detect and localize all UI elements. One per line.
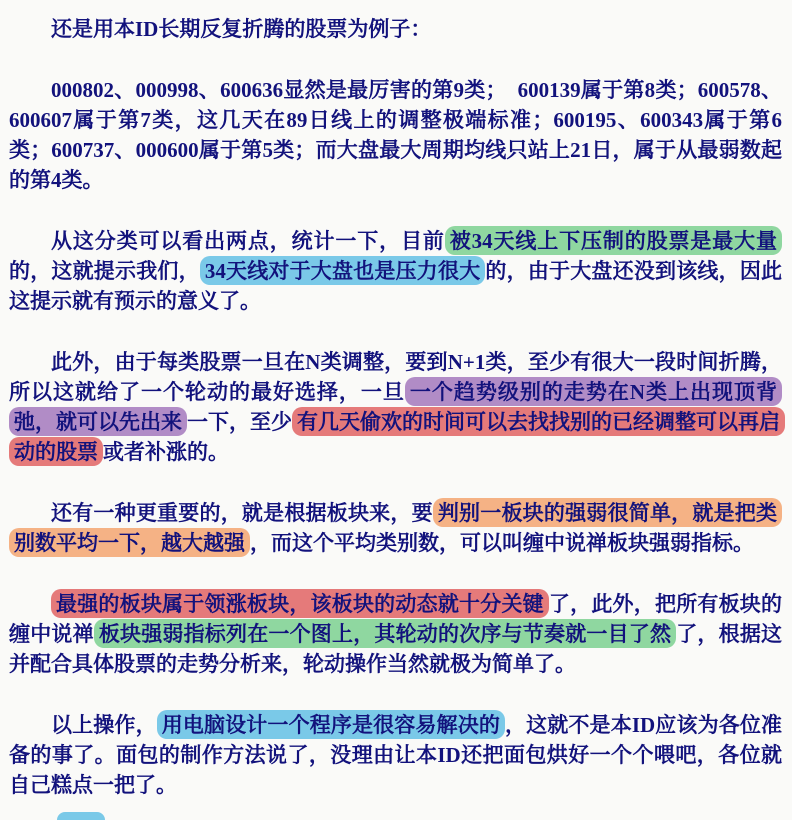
- green-highlight: 板块强弱指标列在一个图上，其轮动的次序与节奏就一目了然: [94, 619, 676, 648]
- paragraph: 以上操作，用电脑设计一个程序是很容易解决的，这就不是本ID应该为各位准备的事了。…: [9, 710, 782, 800]
- green-highlight: 被34天线上下压制的股票是最大量: [445, 226, 782, 255]
- text-run: ，而这个平均类别数，可以叫缠中说禅板块强弱指标。: [250, 531, 754, 555]
- text-run: 还有一种更重要的，就是根据板块来，要: [51, 501, 433, 525]
- text-run: 从这分类可以看出两点，统计一下，目前: [51, 229, 445, 253]
- cutoff-highlight-bar: [57, 812, 105, 820]
- paragraph: 最强的板块属于领涨板块，该板块的动态就十分关键了，此外，把所有板块的缠中说禅板块…: [9, 589, 782, 679]
- text-run: 或者补涨的。: [103, 440, 229, 464]
- text-run: 还是用本ID长期反复折腾的股票为例子：: [51, 17, 431, 41]
- text-run: 一下，至少: [187, 410, 292, 434]
- paragraph: 还有一种更重要的，就是根据板块来，要判别一板块的强弱很简单，就是把类别数平均一下…: [9, 498, 782, 558]
- paragraph: 000802、000998、600636显然是最厉害的第9类； 600139属于…: [9, 75, 782, 195]
- document-body: 还是用本ID长期反复折腾的股票为例子：000802、000998、600636显…: [0, 0, 792, 800]
- text-run: 以上操作，: [51, 713, 157, 737]
- text-run: 的，这就提示我们，: [9, 259, 200, 283]
- paragraph: 此外，由于每类股票一旦在N类调整，要到N+1类，至少有很大一段时间折腾，所以这就…: [9, 347, 782, 467]
- red-highlight: 最强的板块属于领涨板块，该板块的动态就十分关键: [51, 589, 549, 618]
- text-run: 000802、000998、600636显然是最厉害的第9类； 600139属于…: [9, 78, 782, 192]
- paragraph: 还是用本ID长期反复折腾的股票为例子：: [9, 14, 782, 44]
- paragraph: 从这分类可以看出两点，统计一下，目前被34天线上下压制的股票是最大量的，这就提示…: [9, 226, 782, 316]
- blue-highlight: 34天线对于大盘也是压力很大: [200, 256, 486, 285]
- blue-highlight: 用电脑设计一个程序是很容易解决的: [157, 710, 505, 739]
